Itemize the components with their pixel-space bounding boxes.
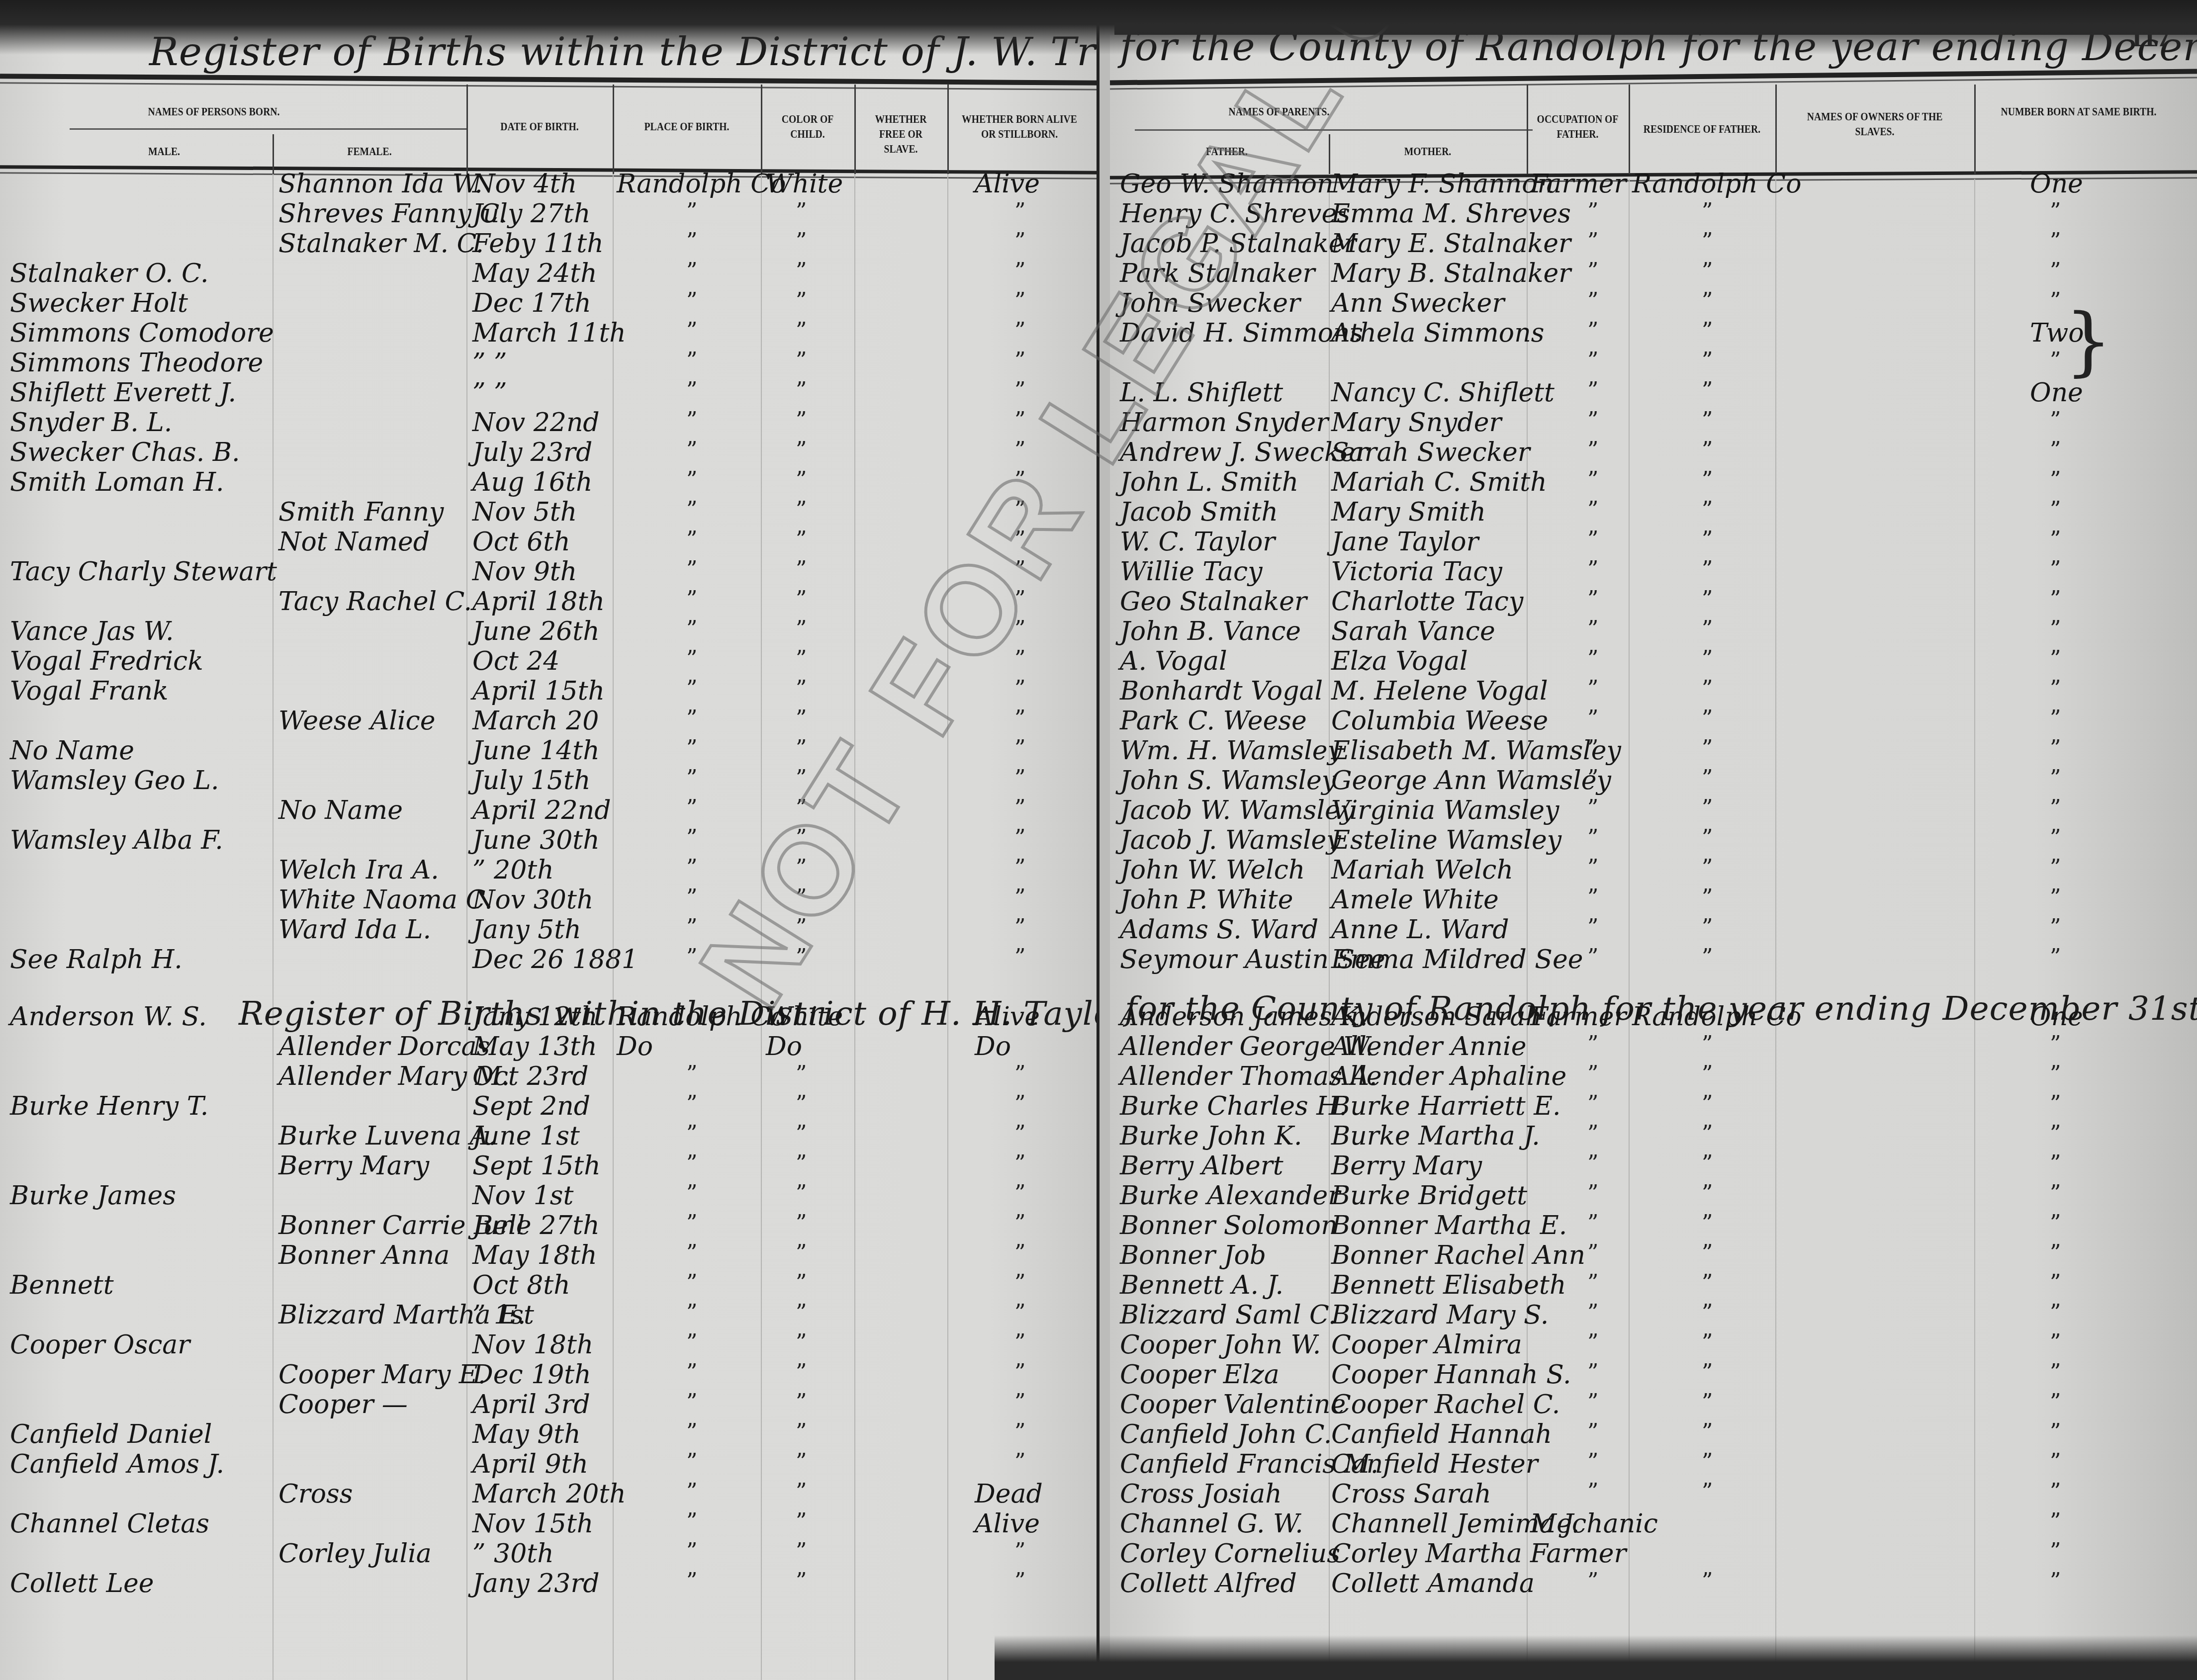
male-name: Snyder B. L. — [10, 408, 172, 438]
occupation: ” — [1587, 497, 1599, 523]
occupation: ” — [1587, 736, 1599, 761]
col-header-female: FEMALE. — [290, 144, 449, 159]
number-born: ” — [2050, 915, 2061, 940]
father-name: Park C. Weese — [1120, 706, 1307, 736]
female-name: Cooper — — [278, 1390, 408, 1419]
number-born: ” — [2050, 1419, 2061, 1445]
alive-or-stillborn: ” — [1014, 318, 1026, 344]
occupation: ” — [1587, 467, 1599, 493]
date-of-birth: Oct 8th — [472, 1270, 570, 1300]
date-of-birth: Nov 30th — [472, 885, 593, 915]
date-of-birth: April 22nd — [472, 796, 611, 825]
date-of-birth: May 9th — [472, 1419, 581, 1449]
col-header-owners: NAMES OF OWNERS OF THE SLAVES. — [1793, 109, 1956, 139]
number-born: ” — [2050, 587, 2061, 612]
divider — [1629, 85, 1630, 174]
residence: ” — [1702, 557, 1713, 582]
color-of-child: ” — [796, 438, 807, 463]
residence: ” — [1702, 467, 1713, 493]
occupation: ” — [1587, 676, 1599, 702]
alive-or-stillborn: ” — [1014, 855, 1026, 881]
number-born: ” — [2050, 676, 2061, 702]
number-born: ” — [2050, 199, 2061, 224]
residence: ” — [1702, 1270, 1713, 1296]
color-of-child: ” — [796, 408, 807, 433]
alive-or-stillborn: ” — [1014, 199, 1026, 224]
mother-name: Bennett Elisabeth — [1331, 1270, 1566, 1300]
residence: ” — [1702, 1240, 1713, 1266]
male-name: See Ralph H. — [10, 945, 183, 974]
place-of-birth: ” — [686, 467, 698, 493]
place-of-birth: ” — [686, 1121, 698, 1147]
residence: ” — [1702, 229, 1713, 254]
color-of-child: ” — [796, 557, 807, 582]
residence: ” — [1702, 1121, 1713, 1147]
male-name: Shiflett Everett J. — [10, 378, 236, 408]
divider — [1527, 85, 1528, 174]
alive-or-stillborn: ” — [1014, 1240, 1026, 1266]
residence: ” — [1702, 1390, 1713, 1415]
alive-or-stillborn: Alive — [975, 1002, 1040, 1032]
father-name: Cooper John W. — [1120, 1330, 1321, 1360]
mother-name: M. Helene Vogal — [1331, 676, 1548, 706]
mother-name: George Ann Wamsley — [1331, 766, 1611, 796]
alive-or-stillborn: ” — [1014, 1091, 1026, 1117]
number-born: ” — [2050, 497, 2061, 523]
father-name: Collett Alfred — [1120, 1569, 1297, 1598]
number-born: ” — [2050, 1211, 2061, 1236]
alive-or-stillborn: ” — [1014, 676, 1026, 702]
occupation: ” — [1587, 527, 1599, 552]
father-name: Channel G. W. — [1120, 1509, 1303, 1539]
mother-name: Canfield Hester — [1331, 1449, 1538, 1479]
number-born: ” — [2050, 796, 2061, 821]
male-name: Collett Lee — [10, 1569, 154, 1598]
male-name: Wamsley Alba F. — [10, 825, 223, 855]
date-of-birth: Dec 26 1881 — [472, 945, 638, 974]
residence: ” — [1702, 318, 1713, 344]
color-of-child: ” — [796, 1270, 807, 1296]
residence: ” — [1702, 1032, 1713, 1057]
mother-name: Jane Taylor — [1331, 527, 1478, 557]
mother-name: Mary F. Shannon — [1331, 169, 1554, 199]
mother-name: Canfield Hannah — [1331, 1419, 1552, 1449]
date-of-birth: March 20th — [472, 1479, 626, 1509]
number-born: ” — [2050, 825, 2061, 851]
date-of-birth: April 3rd — [472, 1390, 590, 1419]
place-of-birth: ” — [686, 1390, 698, 1415]
father-name: Geo Stalnaker — [1120, 587, 1307, 617]
mother-name: Collett Amanda — [1331, 1569, 1535, 1598]
alive-or-stillborn: ” — [1014, 1569, 1026, 1594]
mother-name: Emma M. Shreves — [1331, 199, 1571, 229]
column-line — [273, 174, 274, 1680]
alive-or-stillborn: ” — [1014, 706, 1026, 731]
place-of-birth: ” — [686, 199, 698, 224]
father-name: Jacob W. Wamsley — [1120, 796, 1355, 825]
occupation: ” — [1587, 229, 1599, 254]
place-of-birth: ” — [686, 1449, 698, 1475]
male-name: Swecker Holt — [10, 288, 188, 318]
place-of-birth: ” — [686, 318, 698, 344]
mother-name: Nancy C. Shiflett — [1331, 378, 1555, 408]
color-of-child: White — [766, 169, 843, 199]
col-header-alive-stillborn: WHETHER BORN ALIVE OR STILLBORN. — [960, 112, 1079, 142]
number-born: ” — [2050, 1151, 2061, 1176]
female-name: Corley Julia — [278, 1539, 432, 1569]
male-name: Vance Jas W. — [10, 617, 174, 646]
mother-name: Mary Snyder — [1331, 408, 1501, 438]
color-of-child: ” — [796, 1390, 807, 1415]
column-line — [1974, 179, 1975, 1680]
date-of-birth: May 13th — [472, 1032, 597, 1061]
place-of-birth: ” — [686, 1270, 698, 1296]
number-born: ” — [2050, 617, 2061, 642]
residence: ” — [1702, 378, 1713, 403]
father-name: Berry Albert — [1120, 1151, 1283, 1181]
color-of-child: ” — [796, 646, 807, 672]
occupation: ” — [1587, 766, 1599, 791]
occupation: ” — [1587, 1151, 1599, 1176]
male-name: No Name — [10, 736, 134, 766]
date-of-birth: Nov 22nd — [472, 408, 600, 438]
occupation: ” — [1587, 825, 1599, 851]
date-of-birth: Oct 23rd — [472, 1061, 589, 1091]
place-of-birth: ” — [686, 408, 698, 433]
mother-name: Anne L. Ward — [1331, 915, 1509, 945]
father-name: Canfield John C. — [1120, 1419, 1332, 1449]
mother-name: Allender Aphaline — [1331, 1061, 1566, 1091]
number-born: ” — [2050, 1330, 2061, 1355]
divider — [1974, 85, 1976, 174]
alive-or-stillborn: ” — [1014, 1300, 1026, 1326]
color-of-child: ” — [796, 1539, 807, 1564]
mother-name: Victoria Tacy — [1331, 557, 1502, 587]
father-name: Cross Josiah — [1120, 1479, 1282, 1509]
column-line — [466, 174, 467, 1680]
male-name: Burke James — [10, 1181, 176, 1211]
residence: ” — [1702, 1061, 1713, 1087]
place-of-birth: ” — [686, 855, 698, 881]
subheader-rule — [70, 128, 467, 130]
occupation: ” — [1587, 1330, 1599, 1355]
alive-or-stillborn: ” — [1014, 945, 1026, 970]
mother-name: Mariah C. Smith — [1331, 467, 1547, 497]
divider — [273, 134, 274, 174]
residence: ” — [1702, 587, 1713, 612]
col-header-free-slave: WHETHER FREE OR SLAVE. — [863, 112, 939, 157]
male-name: Stalnaker O. C. — [10, 259, 208, 288]
place-of-birth: ” — [686, 1091, 698, 1117]
alive-or-stillborn: Alive — [975, 1509, 1040, 1539]
col-header-occupation: OCCUPATION OF FATHER. — [1536, 112, 1619, 142]
column-line — [947, 174, 948, 1680]
female-name: Berry Mary — [278, 1151, 429, 1181]
father-name: Blizzard Saml C. — [1120, 1300, 1337, 1330]
father-name: Burke John K. — [1120, 1121, 1302, 1151]
mother-name: Burke Martha J. — [1331, 1121, 1540, 1151]
alive-or-stillborn: Do — [975, 1032, 1011, 1061]
right-page: 117 for the County of Randolph for the y… — [1110, 35, 2197, 1680]
residence: ” — [1702, 825, 1713, 851]
number-born: ” — [2050, 1091, 2061, 1117]
female-name: Stalnaker M. C. — [278, 229, 484, 259]
residence: ” — [1702, 855, 1713, 881]
place-of-birth: ” — [686, 1330, 698, 1355]
father-name: Anderson James K. — [1120, 1002, 1368, 1032]
occupation: ” — [1587, 646, 1599, 672]
occupation: ” — [1587, 1032, 1599, 1057]
date-of-birth: Feby 11th — [472, 229, 604, 259]
color-of-child: ” — [796, 259, 807, 284]
occupation: ” — [1587, 557, 1599, 582]
col-header-male: MALE. — [87, 144, 242, 159]
place-of-birth: ” — [686, 1360, 698, 1385]
place-of-birth: ” — [686, 885, 698, 910]
occupation: ” — [1587, 288, 1599, 314]
female-name: Shannon Ida W. — [278, 169, 483, 199]
occupation: ” — [1587, 1240, 1599, 1266]
alive-or-stillborn: ” — [1014, 766, 1026, 791]
occupation: ” — [1587, 1360, 1599, 1385]
date-of-birth: May 24th — [472, 259, 597, 288]
mother-name: Esteline Wamsley — [1331, 825, 1561, 855]
alive-or-stillborn: ” — [1014, 915, 1026, 940]
number-born: ” — [2050, 348, 2061, 373]
female-name: Cooper Mary E. — [278, 1360, 486, 1390]
female-name: Ward Ida L. — [278, 915, 431, 945]
female-name: Cross — [278, 1479, 353, 1509]
father-name: W. C. Taylor — [1120, 527, 1275, 557]
place-of-birth: ” — [686, 587, 698, 612]
date-of-birth: March 11th — [472, 318, 626, 348]
male-name: Cooper Oscar — [10, 1330, 190, 1360]
mother-name: Emma Mildred See — [1331, 945, 1583, 974]
date-of-birth: ” 1st — [472, 1300, 534, 1330]
residence: ” — [1702, 766, 1713, 791]
date-of-birth: Jany 5th — [472, 915, 581, 945]
place-of-birth: ” — [686, 527, 698, 552]
residence: ” — [1702, 1211, 1713, 1236]
father-name: Wm. H. Wamsley — [1120, 736, 1342, 766]
date-of-birth: Jany 12th — [472, 1002, 598, 1032]
female-name: No Name — [278, 796, 403, 825]
number-born: ” — [2050, 527, 2061, 552]
number-born: ” — [2050, 1569, 2061, 1594]
occupation: ” — [1587, 348, 1599, 373]
father-name: Burke Alexander — [1120, 1181, 1340, 1211]
date-of-birth: Oct 24 — [472, 646, 559, 676]
female-name: Allender Dorcas — [278, 1032, 490, 1061]
color-of-child: ” — [796, 378, 807, 403]
book-bottom-edge — [995, 1635, 2197, 1680]
color-of-child: ” — [796, 587, 807, 612]
date-of-birth: June 30th — [472, 825, 600, 855]
residence: ” — [1702, 676, 1713, 702]
date-of-birth: Jany 23rd — [472, 1569, 600, 1598]
occupation: ” — [1587, 259, 1599, 284]
residence: ” — [1702, 1330, 1713, 1355]
date-of-birth: June 14th — [472, 736, 600, 766]
mother-name: Charlotte Tacy — [1331, 587, 1523, 617]
number-born: ” — [2050, 1360, 2061, 1385]
color-of-child: ” — [796, 1181, 807, 1206]
alive-or-stillborn: Alive — [975, 169, 1040, 199]
number-born: ” — [2050, 945, 2061, 970]
mother-name: Anderson Sarah — [1331, 1002, 1542, 1032]
residence: ” — [1702, 1569, 1713, 1594]
number-born: ” — [2050, 855, 2061, 881]
number-born: ” — [2050, 766, 2061, 791]
alive-or-stillborn: ” — [1014, 259, 1026, 284]
color-of-child: ” — [796, 1449, 807, 1475]
occupation: ” — [1587, 1300, 1599, 1326]
occupation: Farmer — [1530, 1539, 1626, 1569]
date-of-birth: Sept 2nd — [472, 1091, 590, 1121]
residence: ” — [1702, 1449, 1713, 1475]
place-of-birth: ” — [686, 378, 698, 403]
alive-or-stillborn: ” — [1014, 1330, 1026, 1355]
residence: ” — [1702, 408, 1713, 433]
date-of-birth: June 26th — [472, 617, 600, 646]
date-of-birth: Dec 17th — [472, 288, 591, 318]
alive-or-stillborn: ” — [1014, 1061, 1026, 1087]
residence: ” — [1702, 348, 1713, 373]
color-of-child: ” — [796, 1211, 807, 1236]
father-name: Corley Cornelius — [1120, 1539, 1340, 1569]
place-of-birth: Do — [617, 1032, 653, 1061]
male-name: Simmons Comodore — [10, 318, 274, 348]
place-of-birth: ” — [686, 1479, 698, 1504]
male-name: Channel Cletas — [10, 1509, 209, 1539]
number-born: ” — [2050, 1181, 2061, 1206]
color-of-child: ” — [796, 1091, 807, 1117]
place-of-birth: ” — [686, 438, 698, 463]
male-name: Canfield Daniel — [10, 1419, 212, 1449]
place-of-birth: ” — [686, 646, 698, 672]
father-name: John W. Welch — [1120, 855, 1305, 885]
residence: ” — [1702, 945, 1713, 970]
date-of-birth: Dec 19th — [472, 1360, 591, 1390]
place-of-birth: ” — [686, 676, 698, 702]
residence: ” — [1702, 646, 1713, 672]
number-born: ” — [2050, 1061, 2061, 1087]
place-of-birth: ” — [686, 1569, 698, 1594]
color-of-child: ” — [796, 1121, 807, 1147]
date-of-birth: Nov 1st — [472, 1181, 573, 1211]
color-of-child: ” — [796, 1151, 807, 1176]
occupation: Farmer — [1530, 1002, 1626, 1032]
residence: Randolph Co — [1632, 169, 1801, 199]
father-name: John B. Vance — [1120, 617, 1301, 646]
col-header-place: PLACE OF BIRTH. — [626, 119, 747, 134]
number-born: ” — [2050, 706, 2061, 731]
alive-or-stillborn: ” — [1014, 229, 1026, 254]
female-name: Welch Ira A. — [278, 855, 439, 885]
occupation: ” — [1587, 617, 1599, 642]
alive-or-stillborn: ” — [1014, 1449, 1026, 1475]
place-of-birth: Randolph Co — [617, 169, 786, 199]
mother-name: Burke Bridgett — [1331, 1181, 1527, 1211]
residence: ” — [1702, 1360, 1713, 1385]
occupation: ” — [1587, 1091, 1599, 1117]
mother-name: Cooper Rachel C. — [1331, 1390, 1560, 1419]
place-of-birth: ” — [686, 1181, 698, 1206]
father-name: Cooper Valentine — [1120, 1390, 1346, 1419]
place-of-birth: ” — [686, 766, 698, 791]
number-born: ” — [2050, 1121, 2061, 1147]
mother-name: Sarah Swecker — [1331, 438, 1530, 467]
residence: ” — [1702, 259, 1713, 284]
color-of-child: Do — [766, 1032, 802, 1061]
divider — [854, 85, 856, 174]
date-of-birth: April 18th — [472, 587, 605, 617]
father-name: Bonhardt Vogal — [1120, 676, 1323, 706]
occupation: Mechanic — [1530, 1509, 1658, 1539]
number-born: ” — [2050, 646, 2061, 672]
color-of-child: ” — [796, 1300, 807, 1326]
color-of-child: ” — [796, 1419, 807, 1445]
date-of-birth: Nov 15th — [472, 1509, 593, 1539]
residence: ” — [1702, 1479, 1713, 1504]
color-of-child: ” — [796, 1569, 807, 1594]
number-born: ” — [2050, 1270, 2061, 1296]
occupation: ” — [1587, 706, 1599, 731]
place-of-birth: ” — [686, 617, 698, 642]
male-name: Smith Loman H. — [10, 467, 224, 497]
number-born: ” — [2050, 557, 2061, 582]
color-of-child: ” — [796, 1479, 807, 1504]
residence: ” — [1702, 438, 1713, 463]
residence: ” — [1702, 288, 1713, 314]
occupation: ” — [1587, 945, 1599, 970]
date-of-birth: Sept 15th — [472, 1151, 601, 1181]
place-of-birth: ” — [686, 1211, 698, 1236]
place-of-birth: ” — [686, 1151, 698, 1176]
place-of-birth: ” — [686, 1240, 698, 1266]
mother-name: Cross Sarah — [1331, 1479, 1491, 1509]
mother-name: Bonner Martha E. — [1331, 1211, 1567, 1240]
date-of-birth: Aug 16th — [472, 467, 592, 497]
mother-name: Mariah Welch — [1331, 855, 1513, 885]
place-of-birth: ” — [686, 736, 698, 761]
number-born: One — [2030, 169, 2083, 199]
column-line — [613, 174, 614, 1680]
occupation: ” — [1587, 318, 1599, 344]
occupation: ” — [1587, 408, 1599, 433]
mother-name: Mary Smith — [1331, 497, 1486, 527]
father-name: John L. Smith — [1120, 467, 1298, 497]
place-of-birth: ” — [686, 259, 698, 284]
father-name: Adams S. Ward — [1120, 915, 1318, 945]
male-name: Burke Henry T. — [10, 1091, 208, 1121]
place-of-birth: ” — [686, 1061, 698, 1087]
date-of-birth: July 23rd — [472, 438, 592, 467]
date-of-birth: May 18th — [472, 1240, 597, 1270]
mother-name: Cooper Almira — [1331, 1330, 1522, 1360]
occupation: ” — [1587, 1121, 1599, 1147]
female-name: Bonner Anna — [278, 1240, 450, 1270]
occupation: ” — [1587, 915, 1599, 940]
place-of-birth: ” — [686, 1539, 698, 1564]
place-of-birth: ” — [686, 706, 698, 731]
female-name: Weese Alice — [278, 706, 435, 736]
date-of-birth: Nov 18th — [472, 1330, 593, 1360]
occupation: ” — [1587, 1479, 1599, 1504]
date-of-birth: ” 20th — [472, 855, 554, 885]
mother-name: Mary E. Stalnaker — [1331, 229, 1571, 259]
father-name: John P. White — [1120, 885, 1293, 915]
